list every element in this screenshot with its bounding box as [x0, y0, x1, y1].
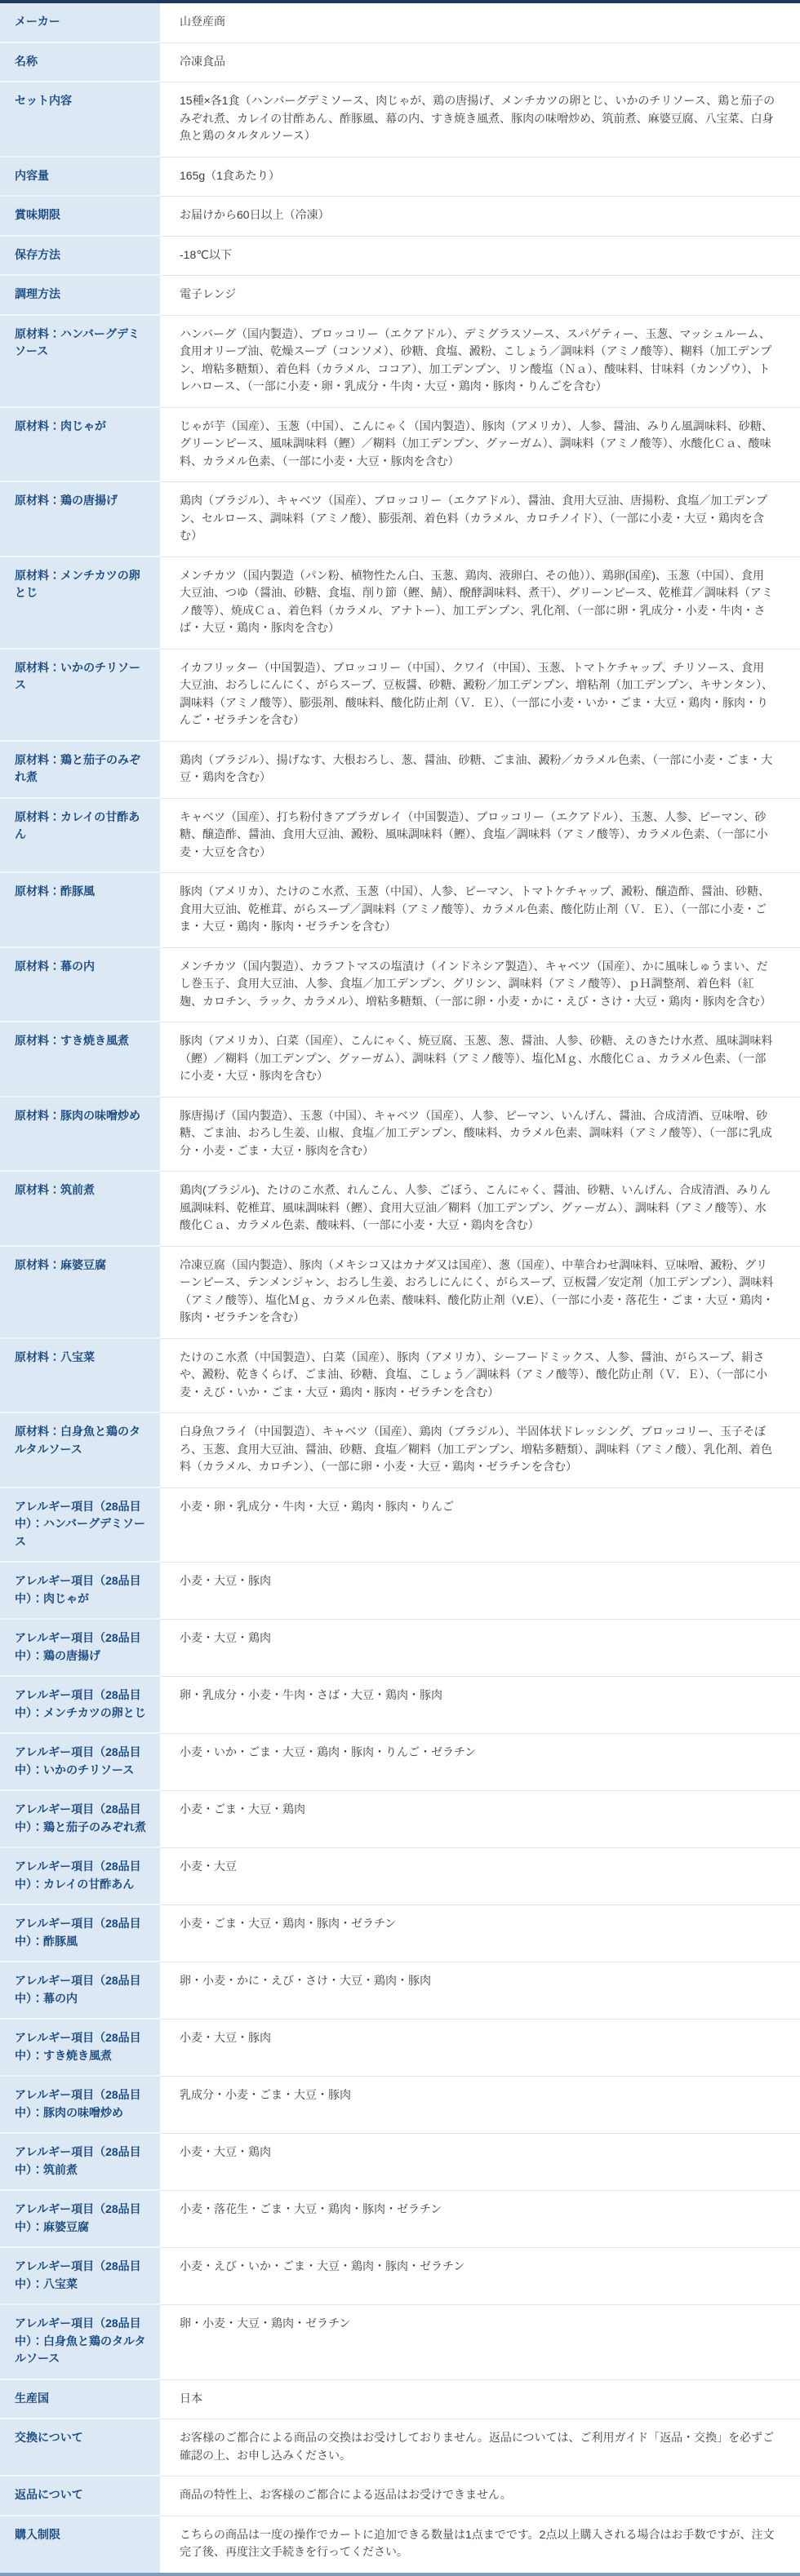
spec-row-label: アレルギー項目（28品目中）：鶏の唐揚げ — [0, 1620, 160, 1677]
spec-row-value: 日本 — [160, 2380, 800, 2420]
spec-row-value: 小麦・いか・ごま・大豆・鶏肉・豚肉・りんご・ゼラチン — [160, 1734, 800, 1791]
spec-row-label: アレルギー項目（28品目中）：ハンバーグデミソース — [0, 1488, 160, 1563]
table-row: アレルギー項目（28品目中）：筑前煮 小麦・大豆・鶏肉 — [0, 2134, 800, 2191]
spec-row-label: 返品について — [0, 2476, 160, 2516]
spec-row-value: じゃが芋（国産）、玉葱（中国）、こんにゃく（国内製造）、豚肉（アメリカ）、人参、… — [160, 408, 800, 483]
table-row: 交換について お客様のご都合による商品の交換はお受けしておりません。返品について… — [0, 2419, 800, 2476]
spec-row-label: 生産国 — [0, 2380, 160, 2420]
spec-row-value: キャベツ（国産）、打ち粉付きアブラガレイ（中国製造）、ブロッコリー（エクアドル）… — [160, 799, 800, 874]
spec-row-value: こちらの商品は一度の操作でカートに追加できる数量は1点までです。2点以上購入され… — [160, 2516, 800, 2573]
table-row: 原材料：麻婆豆腐 冷凍豆腐（国内製造）、豚肉（メキシコ又はカナダ又は国産）、葱（… — [0, 1247, 800, 1339]
spec-row-value: 小麦・大豆・豚肉 — [160, 1563, 800, 1620]
spec-row-value: 卵・小麦・大豆・鶏肉・ゼラチン — [160, 2305, 800, 2380]
table-row: 調理方法 電子レンジ — [0, 276, 800, 316]
table-row: 生産国 日本 — [0, 2380, 800, 2420]
table-row: アレルギー項目（28品目中）：鶏と茄子のみぞれ煮 小麦・ごま・大豆・鶏肉 — [0, 1791, 800, 1848]
table-row: 賞味期限 お届けから60日以上（冷凍） — [0, 197, 800, 237]
table-row: 原材料：豚肉の味噌炒め 豚唐揚げ（国内製造）、玉葱（中国）、キャベツ（国産）、人… — [0, 1097, 800, 1173]
table-row: セット内容 15種×各1食（ハンバーグデミソース、肉じゃが、鶏の唐揚げ、メンチカ… — [0, 82, 800, 157]
spec-row-value: お届けから60日以上（冷凍） — [160, 197, 800, 237]
table-row: 保存方法 -18℃以下 — [0, 237, 800, 277]
spec-row-label: 原材料：麻婆豆腐 — [0, 1247, 160, 1339]
spec-row-value: 小麦・ごま・大豆・鶏肉 — [160, 1791, 800, 1848]
spec-row-label: メーカー — [0, 3, 160, 43]
spec-row-label: 原材料：酢豚風 — [0, 873, 160, 948]
spec-row-value: 冷凍食品 — [160, 43, 800, 83]
table-row: アレルギー項目（28品目中）：肉じゃが 小麦・大豆・豚肉 — [0, 1563, 800, 1620]
table-row: 原材料：八宝菜 たけのこ水煮（中国製造）、白菜（国産）、豚肉（アメリカ）、シーフ… — [0, 1339, 800, 1414]
table-row: 原材料：ハンバーグデミソース ハンバーグ（国内製造）、ブロッコリー（エクアドル）… — [0, 316, 800, 408]
spec-row-value: 鶏肉（ブラジル）、揚げなす、大根おろし、葱、醤油、砂糖、ごま油、澱粉／カラメル色… — [160, 742, 800, 799]
spec-row-label: アレルギー項目（28品目中）：鶏と茄子のみぞれ煮 — [0, 1791, 160, 1848]
spec-row-label: アレルギー項目（28品目中）：麻婆豆腐 — [0, 2191, 160, 2248]
spec-row-label: 原材料：幕の内 — [0, 948, 160, 1023]
table-row: アレルギー項目（28品目中）：幕の内 卵・小麦・かに・えび・さけ・大豆・鶏肉・豚… — [0, 1962, 800, 2020]
spec-row-value: 小麦・大豆・豚肉 — [160, 2020, 800, 2077]
table-row: アレルギー項目（28品目中）：酢豚風 小麦・ごま・大豆・鶏肉・豚肉・ゼラチン — [0, 1905, 800, 1962]
spec-row-label: 保存方法 — [0, 237, 160, 277]
spec-row-label: 原材料：肉じゃが — [0, 408, 160, 483]
table-row: メーカー 山登産商 — [0, 3, 800, 43]
table-row: アレルギー項目（28品目中）：いかのチリソース 小麦・いか・ごま・大豆・鶏肉・豚… — [0, 1734, 800, 1791]
spec-row-label: アレルギー項目（28品目中）：八宝菜 — [0, 2248, 160, 2305]
table-row: アレルギー項目（28品目中）：豚肉の味噌炒め 乳成分・小麦・ごま・大豆・豚肉 — [0, 2077, 800, 2134]
table-row: 原材料：白身魚と鶏のタルタルソース 白身魚フライ（中国製造）、キャベツ（国産）、… — [0, 1413, 800, 1488]
spec-row-label: アレルギー項目（28品目中）：白身魚と鶏のタルタルソース — [0, 2305, 160, 2380]
spec-row-label: アレルギー項目（28品目中）：幕の内 — [0, 1962, 160, 2020]
spec-row-value: 鶏肉（ブラジル）、キャベツ（国産）、ブロッコリー（エクアドル）、醤油、食用大豆油… — [160, 482, 800, 557]
spec-row-label: 交換について — [0, 2419, 160, 2476]
spec-row-label: セット内容 — [0, 82, 160, 157]
spec-row-value: 豚肉（アメリカ）、たけのこ水煮、玉葱（中国）、人参、ピーマン、トマトケチャップ、… — [160, 873, 800, 948]
spec-row-value: 豚唐揚げ（国内製造）、玉葱（中国）、キャベツ（国産）、人参、ピーマン、いんげん、… — [160, 1097, 800, 1173]
spec-row-label: 原材料：鶏と茄子のみぞれ煮 — [0, 742, 160, 799]
table-row: 原材料：鶏の唐揚げ 鶏肉（ブラジル）、キャベツ（国産）、ブロッコリー（エクアドル… — [0, 482, 800, 557]
spec-row-label: アレルギー項目（28品目中）：いかのチリソース — [0, 1734, 160, 1791]
spec-row-value: 小麦・大豆 — [160, 1848, 800, 1905]
spec-row-value: 冷凍豆腐（国内製造）、豚肉（メキシコ又はカナダ又は国産）、葱（国産）、中華合わせ… — [160, 1247, 800, 1339]
table-row: アレルギー項目（28品目中）：麻婆豆腐 小麦・落花生・ごま・大豆・鶏肉・豚肉・ゼ… — [0, 2191, 800, 2248]
table-row: アレルギー項目（28品目中）：ハンバーグデミソース 小麦・卵・乳成分・牛肉・大豆… — [0, 1488, 800, 1563]
spec-row-value: 商品の特性上、お客様のご都合による返品はお受けできません。 — [160, 2476, 800, 2516]
table-row: 名称 冷凍食品 — [0, 43, 800, 83]
spec-row-value: 卵・小麦・かに・えび・さけ・大豆・鶏肉・豚肉 — [160, 1962, 800, 2020]
product-spec-table: メーカー 山登産商 名称 冷凍食品 セット内容 15種×各1食（ハンバーグデミソ… — [0, 0, 800, 2576]
table-row: 原材料：メンチカツの卵とじ メンチカツ（国内製造（パン粉、植物性たん白、玉葱、鶏… — [0, 557, 800, 650]
spec-row-value: 15種×各1食（ハンバーグデミソース、肉じゃが、鶏の唐揚げ、メンチカツの卵とじ、… — [160, 82, 800, 157]
spec-row-label: 原材料：いかのチリソース — [0, 650, 160, 742]
spec-row-label: 賞味期限 — [0, 197, 160, 237]
spec-row-label: 原材料：鶏の唐揚げ — [0, 482, 160, 557]
spec-row-label: 原材料：すき焼き風煮 — [0, 1022, 160, 1097]
spec-row-label: アレルギー項目（28品目中）：肉じゃが — [0, 1563, 160, 1620]
spec-row-value: 小麦・卵・乳成分・牛肉・大豆・鶏肉・豚肉・りんご — [160, 1488, 800, 1563]
spec-row-value: ハンバーグ（国内製造）、ブロッコリー（エクアドル）、デミグラスソース、スパゲティ… — [160, 316, 800, 408]
spec-row-label: アレルギー項目（28品目中）：豚肉の味噌炒め — [0, 2077, 160, 2134]
table-row: 原材料：いかのチリソース イカフリッター（中国製造）、ブロッコリー（中国）、クワ… — [0, 650, 800, 742]
spec-row-label: 購入制限 — [0, 2516, 160, 2573]
spec-row-label: 原材料：豚肉の味噌炒め — [0, 1097, 160, 1173]
spec-row-value: メンチカツ（国内製造）、カラフトマスの塩漬け（インドネシア製造）、キャベツ（国産… — [160, 948, 800, 1023]
spec-row-label: 内容量 — [0, 157, 160, 197]
table-row: 内容量 165g（1食あたり） — [0, 157, 800, 197]
spec-row-label: 原材料：筑前煮 — [0, 1172, 160, 1247]
table-row: アレルギー項目（28品目中）：すき焼き風煮 小麦・大豆・豚肉 — [0, 2020, 800, 2077]
table-row: 原材料：カレイの甘酢あん キャベツ（国産）、打ち粉付きアブラガレイ（中国製造）、… — [0, 799, 800, 874]
spec-row-value: 電子レンジ — [160, 276, 800, 316]
spec-row-value: 小麦・ごま・大豆・鶏肉・豚肉・ゼラチン — [160, 1905, 800, 1962]
spec-row-value: 山登産商 — [160, 3, 800, 43]
table-row: アレルギー項目（28品目中）：白身魚と鶏のタルタルソース 卵・小麦・大豆・鶏肉・… — [0, 2305, 800, 2380]
spec-row-value: イカフリッター（中国製造）、ブロッコリー（中国）、クワイ（中国）、玉葱、トマトケ… — [160, 650, 800, 742]
spec-row-value: たけのこ水煮（中国製造）、白菜（国産）、豚肉（アメリカ）、シーフードミックス、人… — [160, 1339, 800, 1414]
spec-row-value: 白身魚フライ（中国製造）、キャベツ（国産）、鶏肉（ブラジル）、半固体状ドレッシン… — [160, 1413, 800, 1488]
table-row: アレルギー項目（28品目中）：カレイの甘酢あん 小麦・大豆 — [0, 1848, 800, 1905]
spec-row-label: 原材料：ハンバーグデミソース — [0, 316, 160, 408]
spec-row-value: 鶏肉(ブラジル)、たけのこ水煮、れんこん、人参、ごぼう、こんにゃく、醤油、砂糖、… — [160, 1172, 800, 1247]
table-row: アレルギー項目（28品目中）：メンチカツの卵とじ 卵・乳成分・小麦・牛肉・さば・… — [0, 1677, 800, 1734]
spec-row-value: -18℃以下 — [160, 237, 800, 277]
spec-row-value: 乳成分・小麦・ごま・大豆・豚肉 — [160, 2077, 800, 2134]
spec-row-label: 原材料：白身魚と鶏のタルタルソース — [0, 1413, 160, 1488]
spec-row-label: 原材料：八宝菜 — [0, 1339, 160, 1414]
table-row: 原材料：幕の内 メンチカツ（国内製造）、カラフトマスの塩漬け（インドネシア製造）… — [0, 948, 800, 1023]
spec-row-value: 小麦・大豆・鶏肉 — [160, 2134, 800, 2191]
spec-row-label: 原材料：メンチカツの卵とじ — [0, 557, 160, 650]
table-row: アレルギー項目（28品目中）：鶏の唐揚げ 小麦・大豆・鶏肉 — [0, 1620, 800, 1677]
spec-row-label: アレルギー項目（28品目中）：カレイの甘酢あん — [0, 1848, 160, 1905]
table-row: アレルギー項目（28品目中）：八宝菜 小麦・えび・いか・ごま・大豆・鶏肉・豚肉・… — [0, 2248, 800, 2305]
table-row: 原材料：すき焼き風煮 豚肉（アメリカ）、白菜（国産）、こんにゃく、焼豆腐、玉葱、… — [0, 1022, 800, 1097]
spec-row-label: アレルギー項目（28品目中）：すき焼き風煮 — [0, 2020, 160, 2077]
spec-row-value: 小麦・大豆・鶏肉 — [160, 1620, 800, 1677]
table-row: 原材料：肉じゃが じゃが芋（国産）、玉葱（中国）、こんにゃく（国内製造）、豚肉（… — [0, 408, 800, 483]
spec-row-value: 小麦・えび・いか・ごま・大豆・鶏肉・豚肉・ゼラチン — [160, 2248, 800, 2305]
spec-row-label: アレルギー項目（28品目中）：酢豚風 — [0, 1905, 160, 1962]
table-row: 原材料：鶏と茄子のみぞれ煮 鶏肉（ブラジル）、揚げなす、大根おろし、葱、醤油、砂… — [0, 742, 800, 799]
spec-row-value: 小麦・落花生・ごま・大豆・鶏肉・豚肉・ゼラチン — [160, 2191, 800, 2248]
spec-row-value: 卵・乳成分・小麦・牛肉・さば・大豆・鶏肉・豚肉 — [160, 1677, 800, 1734]
spec-row-label: 名称 — [0, 43, 160, 83]
spec-row-label: 調理方法 — [0, 276, 160, 316]
table-row: 原材料：酢豚風 豚肉（アメリカ）、たけのこ水煮、玉葱（中国）、人参、ピーマン、ト… — [0, 873, 800, 948]
spec-row-label: 原材料：カレイの甘酢あん — [0, 799, 160, 874]
table-row: 原材料：筑前煮 鶏肉(ブラジル)、たけのこ水煮、れんこん、人参、ごぼう、こんにゃ… — [0, 1172, 800, 1247]
table-row: 返品について 商品の特性上、お客様のご都合による返品はお受けできません。 — [0, 2476, 800, 2516]
spec-row-value: お客様のご都合による商品の交換はお受けしておりません。返品については、ご利用ガイ… — [160, 2419, 800, 2476]
spec-row-label: アレルギー項目（28品目中）：メンチカツの卵とじ — [0, 1677, 160, 1734]
spec-row-value: 165g（1食あたり） — [160, 157, 800, 197]
spec-row-value: 豚肉（アメリカ）、白菜（国産）、こんにゃく、焼豆腐、玉葱、葱、醤油、人参、砂糖、… — [160, 1022, 800, 1097]
spec-row-value: メンチカツ（国内製造（パン粉、植物性たん白、玉葱、鶏肉、液卵白、その他））、鶏卵… — [160, 557, 800, 650]
table-row: 購入制限 こちらの商品は一度の操作でカートに追加できる数量は1点までです。2点以… — [0, 2516, 800, 2573]
spec-row-label: アレルギー項目（28品目中）：筑前煮 — [0, 2134, 160, 2191]
